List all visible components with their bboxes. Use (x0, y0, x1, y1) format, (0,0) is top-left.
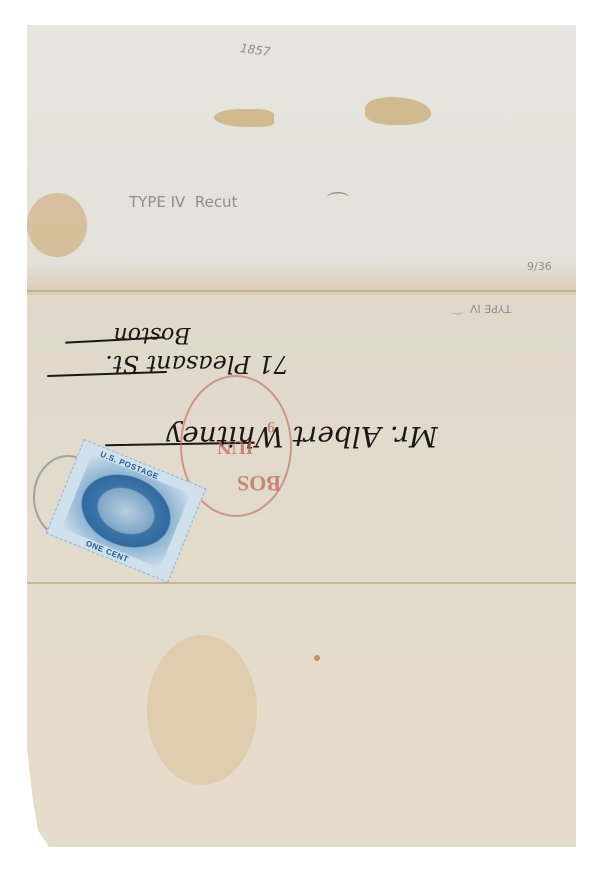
postmark-city: BOS (237, 470, 281, 496)
stain (365, 97, 431, 125)
stain (314, 655, 320, 661)
postmark-month: JUN (217, 435, 256, 458)
type-note: TYPE IV Recut (129, 193, 237, 211)
postmark-day: 9 (267, 417, 275, 435)
stain (214, 109, 274, 127)
address-city: Boston (87, 322, 217, 347)
addressee-name: Mr. Albert Whitney (87, 420, 517, 453)
fold-line (27, 582, 576, 584)
catalog-number: 9/36 (527, 260, 552, 273)
inverted-type-note: TYPE IV ⌒ (452, 301, 511, 317)
letter-sheet: 1857 TYPE IV Recut ⌒ 9/36 TYPE IV ⌒ Bost… (27, 25, 576, 847)
year-note: 1857 (239, 41, 271, 59)
recut-symbol: ⌒ (327, 187, 349, 218)
fold-line (27, 290, 576, 292)
stain (147, 635, 257, 785)
stain (27, 193, 87, 257)
